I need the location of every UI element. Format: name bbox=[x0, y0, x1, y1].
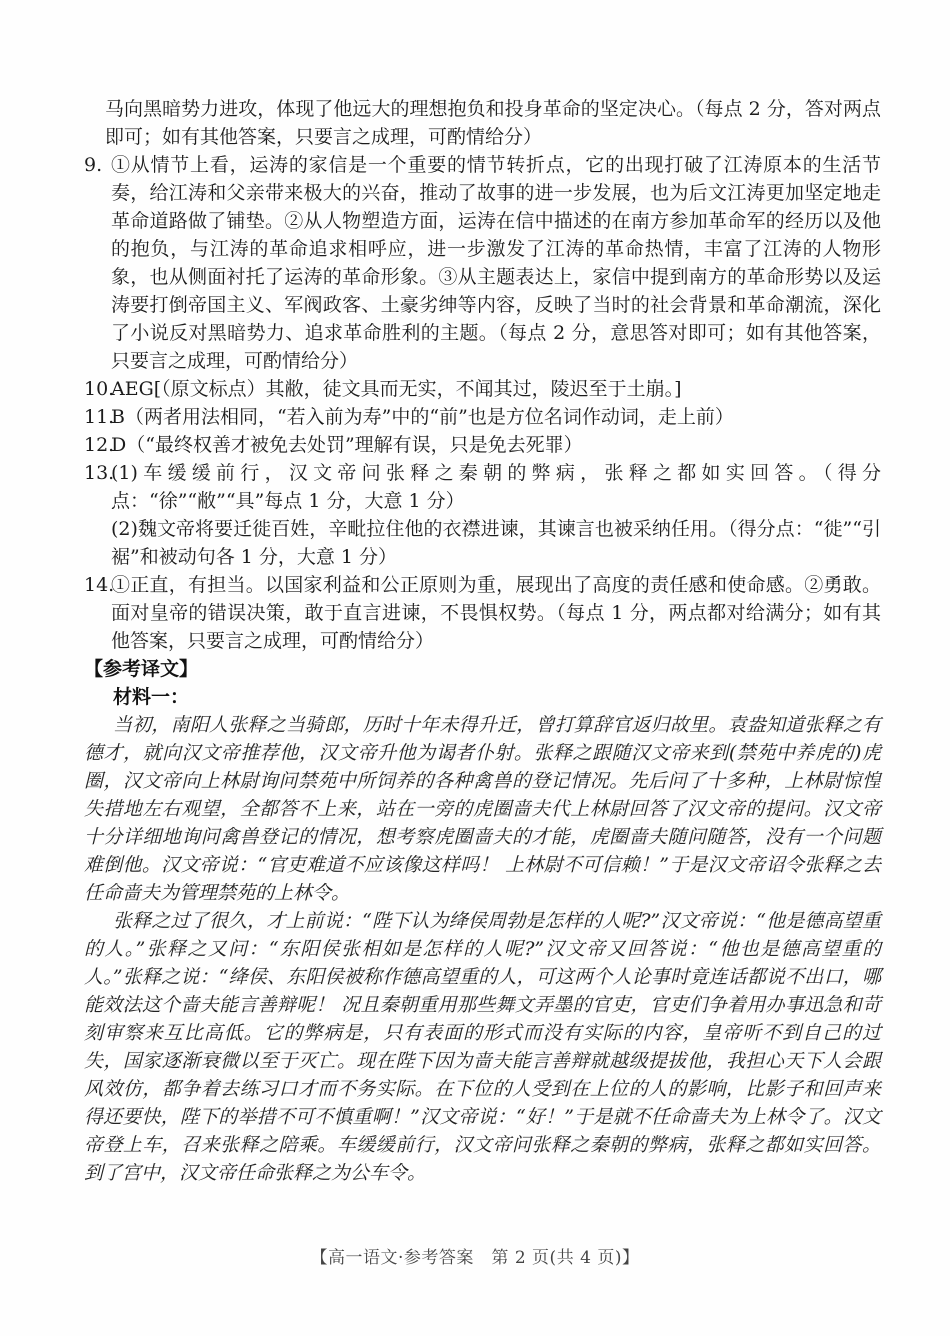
answer-item-11: 11. B（两者用法相同，“若入前为寿”中的“前”也是方位名词作动词，走上前） bbox=[84, 403, 881, 431]
item-number: 14. bbox=[84, 571, 114, 599]
item-number: 12. bbox=[84, 431, 114, 459]
item-number: 9. bbox=[84, 151, 102, 179]
item8-continuation-text: 马向黑暗势力进攻，体现了他远大的理想抱负和投身革命的坚定决心。（每点 2 分，答… bbox=[84, 95, 881, 151]
document-content: 马向黑暗势力进攻，体现了他远大的理想抱负和投身革命的坚定决心。（每点 2 分，答… bbox=[84, 95, 881, 1187]
answer-item-10: 10. AEG[（原文标点）其敝，徒文具而无实，不闻其过，陵迟至于土崩。] bbox=[84, 375, 881, 403]
exam-answer-sheet-page: 马向黑暗势力进攻，体现了他远大的理想抱负和投身革命的坚定决心。（每点 2 分，答… bbox=[0, 0, 950, 1336]
page-footer: 【高一语文·参考答案 第 2 页(共 4 页)】 bbox=[0, 1246, 950, 1270]
answer-item-9: 9. ①从情节上看，运涛的家信是一个重要的情节转折点，它的出现打破了江涛原本的生… bbox=[84, 151, 881, 375]
item-text: D（“最终权善才被免去处罚”理解有误，只是免去死罪） bbox=[111, 431, 881, 459]
translation-paragraph-1: 当初，南阳人张释之当骑郎，历时十年未得升迁，曾打算辞官返归故里。袁盎知道张释之有… bbox=[84, 711, 881, 907]
item-number: 11. bbox=[84, 403, 114, 431]
answer-item-13: 13. (1)车缓缓前行，汉文帝问张释之秦朝的弊病，张释之都如实回答。（得分点：… bbox=[84, 459, 881, 571]
answer-item-14: 14. ①正直，有担当。以国家利益和公正原则为重，展现出了高度的责任感和使命感。… bbox=[84, 571, 881, 655]
item-text-part-2: (2)魏文帝将要迁徙百姓，辛毗拉住他的衣襟进谏，其谏言也被采纳任用。（得分点：“… bbox=[111, 515, 881, 571]
item-text-part-1: (1)车缓缓前行，汉文帝问张释之秦朝的弊病，张释之都如实回答。（得分点：“徐”“… bbox=[111, 459, 881, 515]
material-one-label: 材料一： bbox=[84, 683, 881, 711]
item-number: 13. bbox=[84, 459, 114, 487]
item-text: B（两者用法相同，“若入前为寿”中的“前”也是方位名词作动词，走上前） bbox=[111, 403, 881, 431]
reference-translation-heading: 【参考译文】 bbox=[84, 655, 881, 683]
item-text: ①正直，有担当。以国家利益和公正原则为重，展现出了高度的责任感和使命感。②勇敢。… bbox=[111, 571, 881, 655]
item-number: 10. bbox=[84, 375, 114, 403]
translation-paragraph-2: 张释之过了很久，才上前说：“陛下认为绛侯周勃是怎样的人呢?”汉文帝说：“他是德高… bbox=[84, 907, 881, 1187]
answer-item-12: 12. D（“最终权善才被免去处罚”理解有误，只是免去死罪） bbox=[84, 431, 881, 459]
item-text: AEG[（原文标点）其敝，徒文具而无实，不闻其过，陵迟至于土崩。] bbox=[111, 375, 881, 403]
item-text: ①从情节上看，运涛的家信是一个重要的情节转折点，它的出现打破了江涛原本的生活节奏… bbox=[111, 151, 881, 375]
